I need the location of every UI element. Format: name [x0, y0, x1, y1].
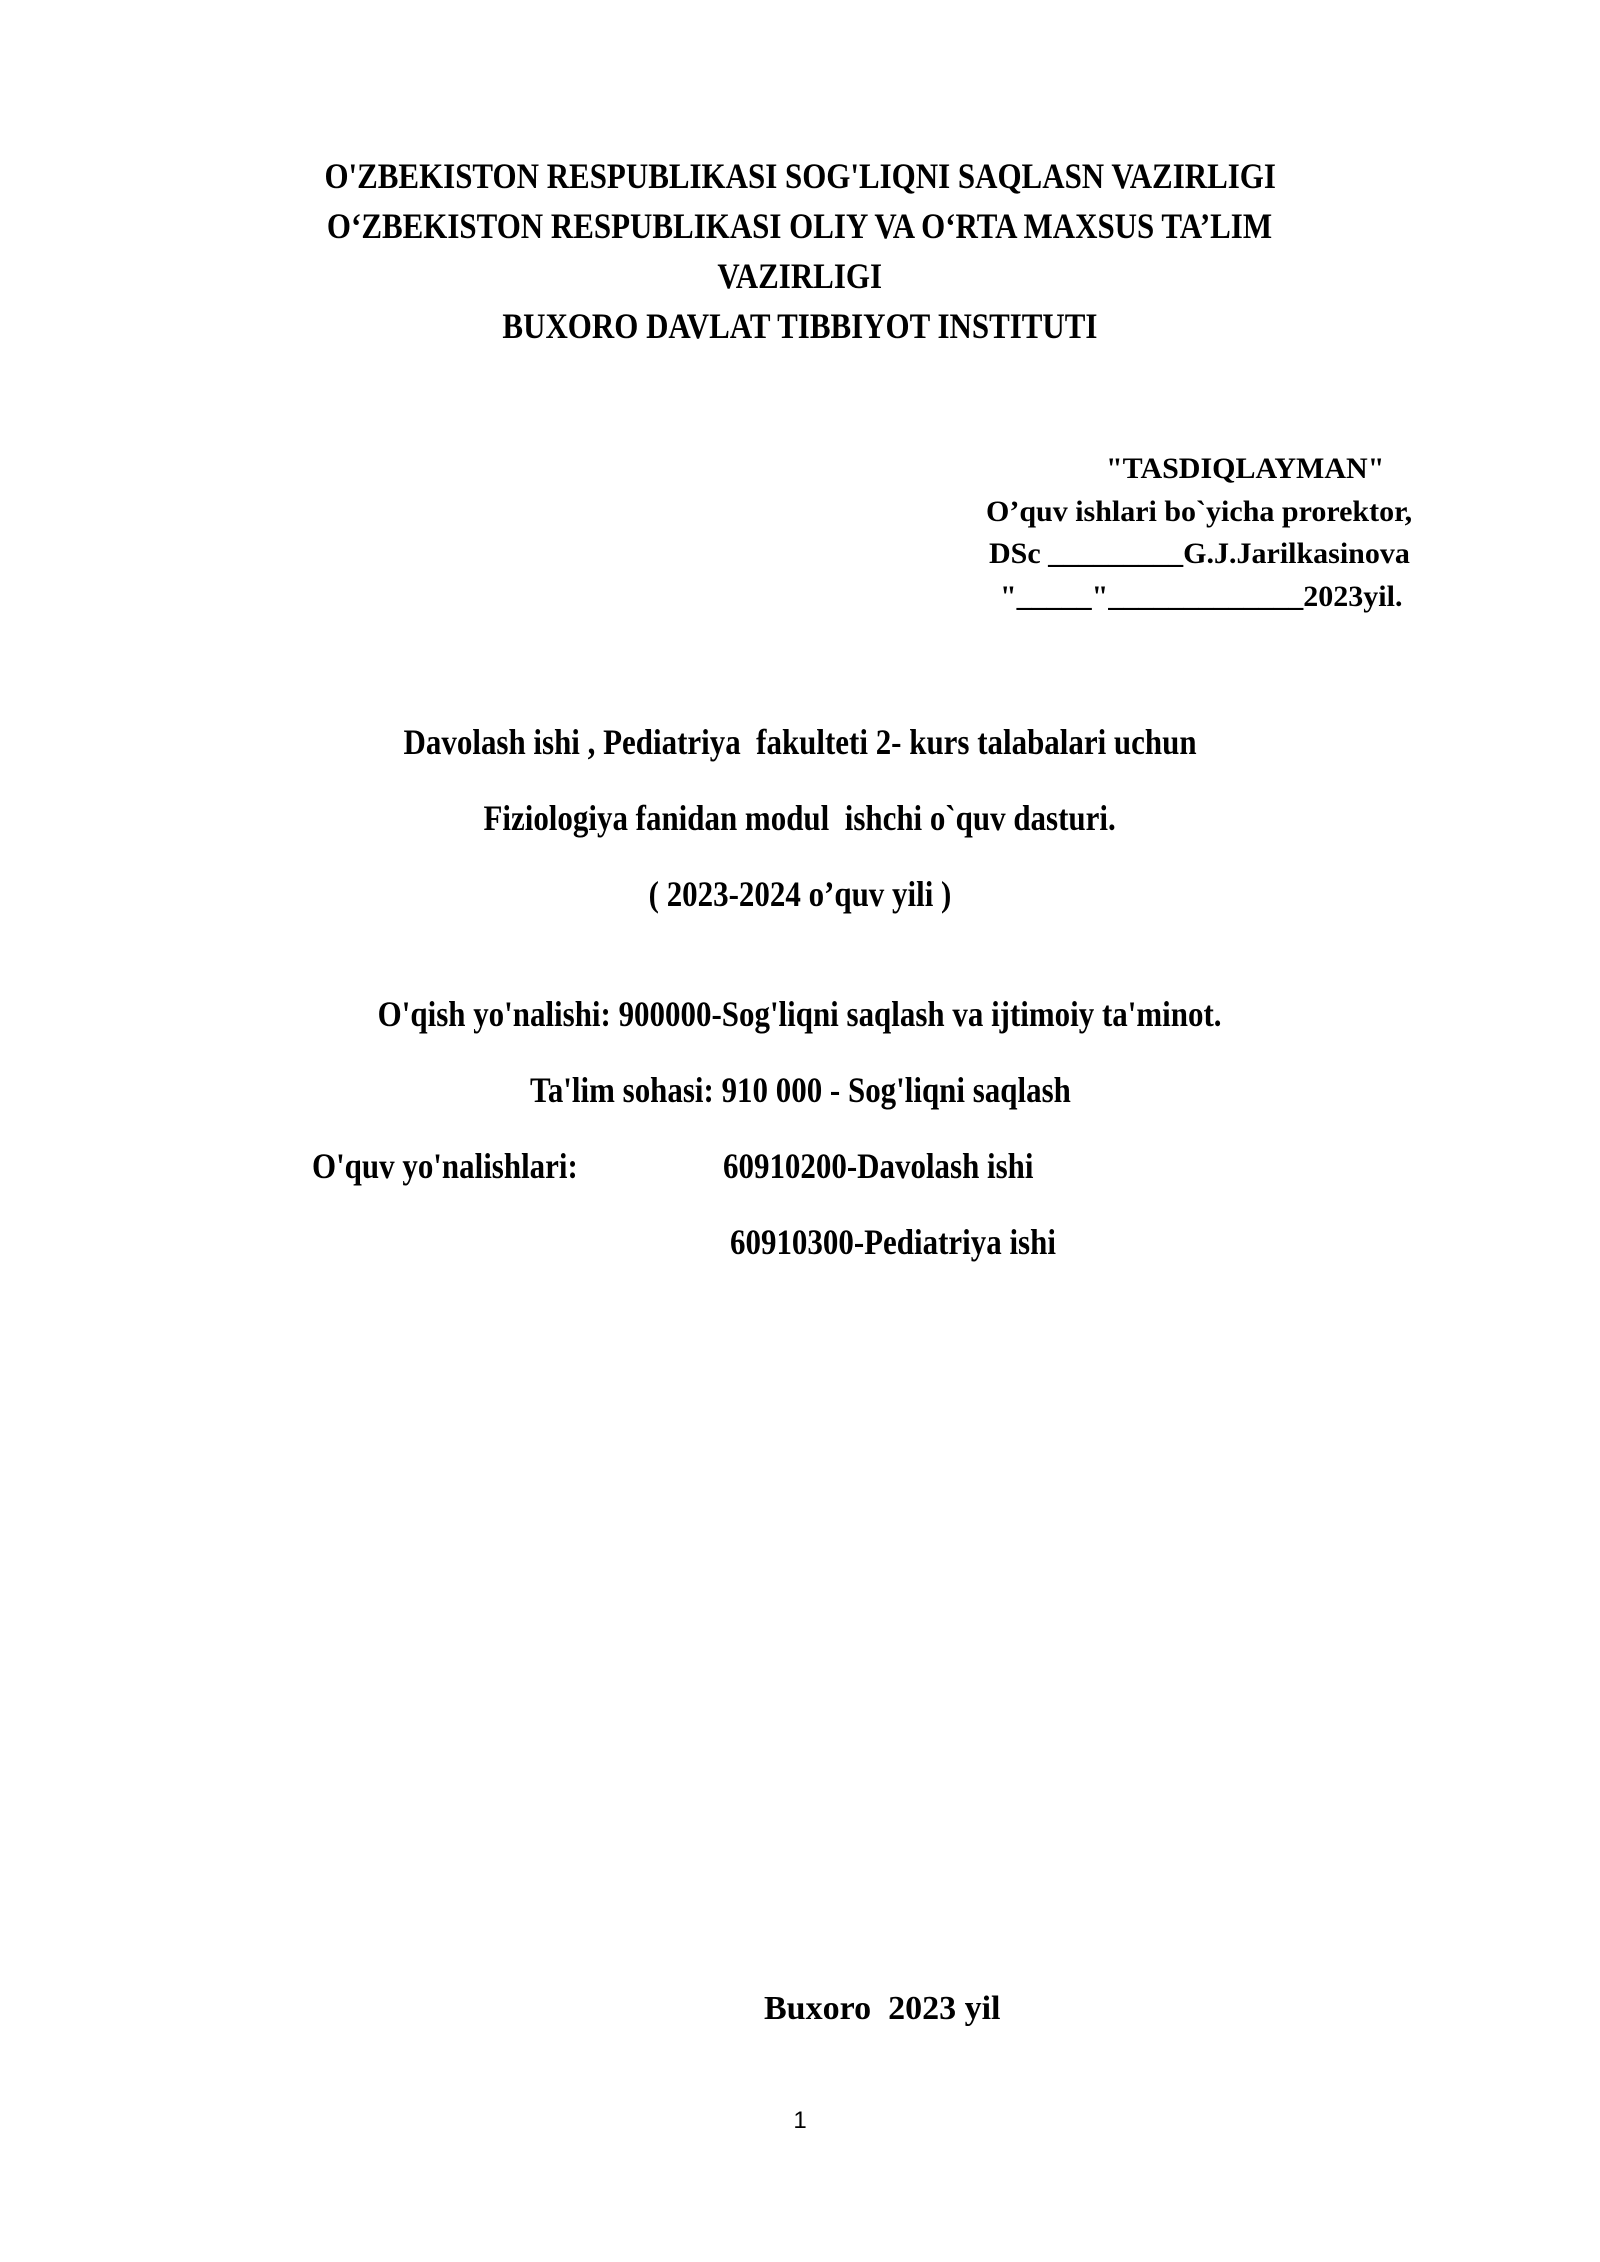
institute-heading: BUXORO DAVLAT TIBBIYOT INSTITUTI — [0, 305, 1600, 347]
heading-line: O'ZBEKISTON RESPUBLIKASI SOG'LIQNI SAQLA… — [324, 155, 1275, 197]
heading-line: O‘ZBEKISTON RESPUBLIKASI OLIY VA O‘RTA M… — [327, 205, 1272, 247]
heading-line: VAZIRLIGI — [718, 255, 883, 297]
direction-item: 60910300-Pediatriya ishi — [730, 1221, 1056, 1263]
approver-position: O’quv ishlari bo`yicha prorektor, — [986, 495, 1412, 529]
detail-line: Ta'lim sohasi: 910 000 - Sog'liqni saqla… — [530, 1069, 1071, 1111]
program-audience: Davolash ishi , Pediatriya fakulteti 2- … — [0, 721, 1600, 763]
ministry-health-heading: O'ZBEKISTON RESPUBLIKASI SOG'LIQNI SAQLA… — [0, 155, 1600, 197]
title-line: ( 2023-2024 o’quv yili ) — [649, 873, 952, 915]
approval-title: "TASDIQLAYMAN" — [1106, 452, 1384, 486]
education-area: Ta'lim sohasi: 910 000 - Sog'liqni saqla… — [0, 1069, 1600, 1111]
page-number: 1 — [0, 2107, 1600, 2135]
ministry-education-heading: O‘ZBEKISTON RESPUBLIKASI OLIY VA O‘RTA M… — [0, 205, 1600, 247]
direction-item: 60910200-Davolash ishi — [723, 1145, 1034, 1187]
program-title: Fiziologiya fanidan modul ishchi o`quv d… — [0, 797, 1600, 839]
title-line: Fiziologiya fanidan modul ishchi o`quv d… — [484, 797, 1116, 839]
title-line: Davolash ishi , Pediatriya fakulteti 2- … — [403, 721, 1196, 763]
field-of-study: O'qish yo'nalishi: 900000-Sog'liqni saql… — [0, 993, 1600, 1035]
detail-line: O'qish yo'nalishi: 900000-Sog'liqni saql… — [378, 993, 1222, 1035]
approver-signature: DSc _________G.J.Jarilkasinova — [989, 537, 1410, 571]
heading-line: BUXORO DAVLAT TIBBIYOT INSTITUTI — [502, 305, 1097, 347]
place-year: Buxoro 2023 yil — [764, 1990, 1000, 2028]
ministry-education-heading-cont: VAZIRLIGI — [0, 255, 1600, 297]
approval-date: "_____"_____________2023yil. — [1000, 580, 1402, 614]
directions-label: O'quv yo'nalishlari: — [312, 1145, 578, 1187]
academic-year: ( 2023-2024 o’quv yili ) — [0, 873, 1600, 915]
